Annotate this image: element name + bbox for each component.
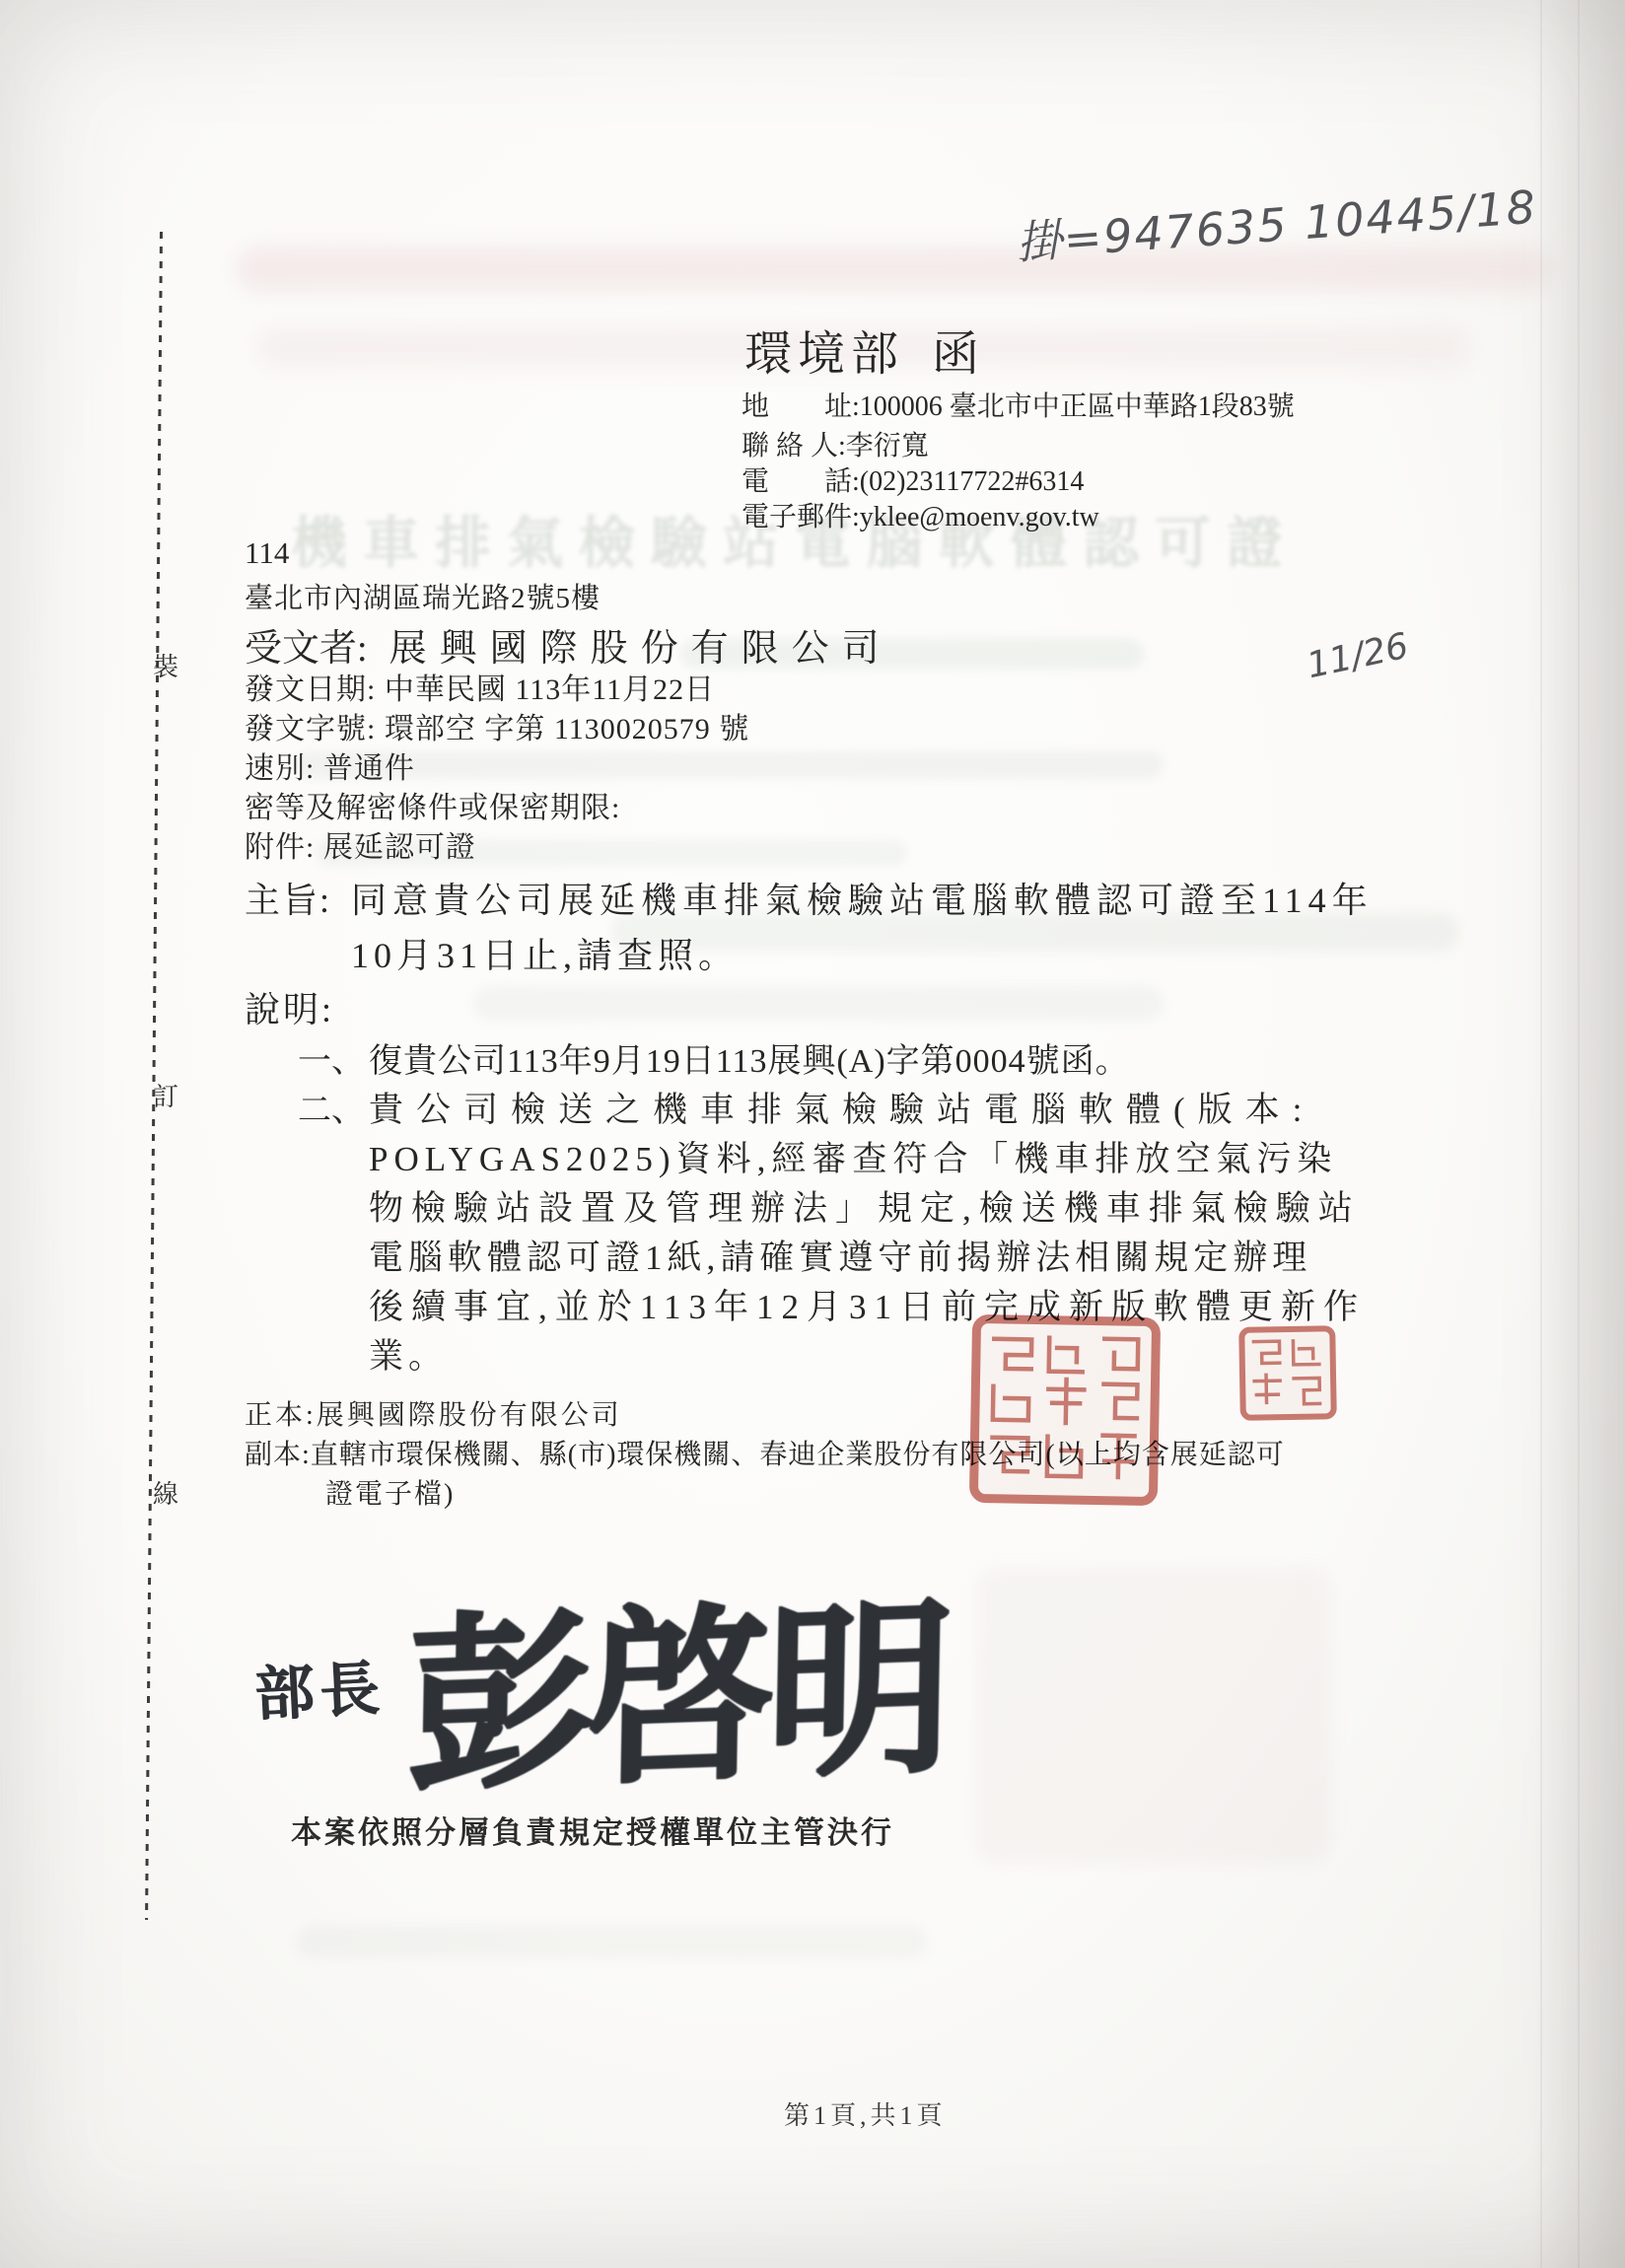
minister-signature: 彭啓明 — [404, 1537, 947, 1825]
cc-label: 副本: — [245, 1440, 311, 1470]
header-field-row: 電 話:(02)23117722#6314 — [742, 460, 1084, 499]
cc-copy-line2: 證電子檔) — [325, 1472, 455, 1512]
explanation-item-line: 電腦軟體認可證1紙,請確實遵守前揭辦法相關規定辦理 — [369, 1231, 1311, 1280]
meta-value: 展延認可證 — [323, 831, 476, 864]
subject-label: 主旨: — [245, 873, 331, 923]
explanation-item-line: 物檢驗站設置及管理辦法」規定,檢送機車排氣檢驗站 — [369, 1181, 1361, 1231]
meta-label: 密等及解密條件或保密期限: — [245, 792, 620, 824]
official-seal-large-icon — [967, 1312, 1162, 1507]
meta-field-row: 發文日期: 中華民國 113年11月22日 — [245, 665, 715, 708]
fold-crease-line — [1540, 0, 1542, 2268]
minister-title: 部長 — [252, 1642, 387, 1734]
binding-mark-ding: 訂 — [153, 1077, 178, 1113]
meta-field-row: 密等及解密條件或保密期限: — [245, 783, 620, 826]
header-field-label: 地 址: — [742, 385, 860, 424]
official-seal-small-icon — [1237, 1324, 1338, 1422]
bleed-through-smear — [296, 751, 1164, 779]
explanation-item-line: 復貴公司113年9月19日113展興(A)字第0004號函。 — [369, 1033, 1130, 1082]
agency-title: 環境部函 — [744, 316, 985, 384]
meta-value: 中華民國 113年11月22日 — [385, 673, 715, 706]
handwritten-date-note: 11/26 — [1304, 626, 1412, 687]
subject-line2: 10月31日止,請查照。 — [351, 928, 739, 978]
original-copy-line: 正本:展興國際股份有限公司 — [245, 1393, 622, 1433]
binding-mark-xian: 線 — [153, 1474, 178, 1511]
explanation-item-number: 一、 — [298, 1033, 365, 1082]
recipient-zip: 114 — [245, 535, 289, 571]
binding-dotted-line — [145, 232, 163, 1920]
meta-value: 環部空 字第 1130020579 號 — [385, 713, 749, 745]
explanation-item-line: 貴公司檢送之機車排氣檢驗站電腦軟體(版本: — [369, 1083, 1314, 1132]
scanned-letter-page: 機車排氣檢驗站電腦軟體認可證 裝 訂 線 掛=947635 10445/18 1… — [0, 0, 1625, 2268]
header-field-value: 李衍寬 — [846, 431, 929, 461]
explanation-item-number: 二、 — [298, 1083, 365, 1131]
agency-name: 環境部 — [744, 328, 904, 381]
explanation-item-line: POLYGAS2025)資料,經審查符合「機車排放空氣污染 — [369, 1132, 1337, 1181]
recipient-label: 受文者: — [245, 628, 368, 670]
subject-line1: 同意貴公司展延機車排氣檢驗站電腦軟體認可證至114年 — [351, 873, 1374, 923]
recipient-line: 受文者:展興國際股份有限公司 — [245, 617, 892, 672]
explanation-item-line: 業。 — [369, 1329, 448, 1379]
page-number: 第1頁,共1頁 — [784, 2095, 947, 2132]
bleed-through-smear — [296, 1925, 927, 1958]
fold-crease-line — [1578, 0, 1580, 2268]
header-field-value: yklee@moenv.gov.tw — [860, 502, 1099, 532]
doc-type: 函 — [932, 328, 985, 381]
explanation-item-line: 後續事宜,並於113年12月31日前完成新版軟體更新作 — [369, 1280, 1366, 1329]
meta-field-row: 附件: 展延認可證 — [245, 822, 476, 866]
handwritten-tracking-number: 掛=947635 10445/18 — [1014, 172, 1538, 273]
explanation-label: 說明: — [245, 982, 334, 1032]
meta-label: 發文字號: — [245, 713, 376, 745]
original-label: 正本: — [245, 1400, 317, 1431]
delegation-note: 本案依照分層負責規定授權單位主管決行 — [291, 1807, 894, 1852]
binding-mark-zhuang: 裝 — [153, 647, 178, 683]
recipient-name: 展興國際股份有限公司 — [389, 628, 892, 670]
header-field-row: 電子郵件:yklee@moenv.gov.tw — [742, 495, 1099, 534]
header-field-value: (02)23117722#6314 — [860, 466, 1085, 497]
header-field-label: 聯 絡 人: — [742, 424, 846, 463]
meta-field-row: 速別: 普通件 — [245, 744, 415, 787]
bleed-through-smear — [237, 247, 1548, 292]
meta-label: 速別: — [245, 752, 315, 785]
original-value: 展興國際股份有限公司 — [317, 1400, 622, 1431]
header-field-row: 地 址:100006 臺北市中正區中華路1段83號 — [742, 385, 1295, 424]
bleed-through-smear — [976, 1568, 1331, 1864]
meta-value: 普通件 — [323, 752, 415, 785]
recipient-address: 臺北市內湖區瑞光路2號5樓 — [245, 576, 601, 616]
header-field-label: 電 話: — [742, 460, 860, 499]
header-field-row: 聯 絡 人:李衍寬 — [742, 424, 929, 463]
meta-label: 附件: — [245, 831, 315, 864]
header-field-value: 100006 臺北市中正區中華路1段83號 — [860, 391, 1295, 422]
header-field-label: 電子郵件: — [742, 495, 860, 534]
bleed-through-smear — [473, 986, 1164, 1021]
meta-field-row: 發文字號: 環部空 字第 1130020579 號 — [245, 704, 749, 747]
meta-label: 發文日期: — [245, 673, 376, 706]
